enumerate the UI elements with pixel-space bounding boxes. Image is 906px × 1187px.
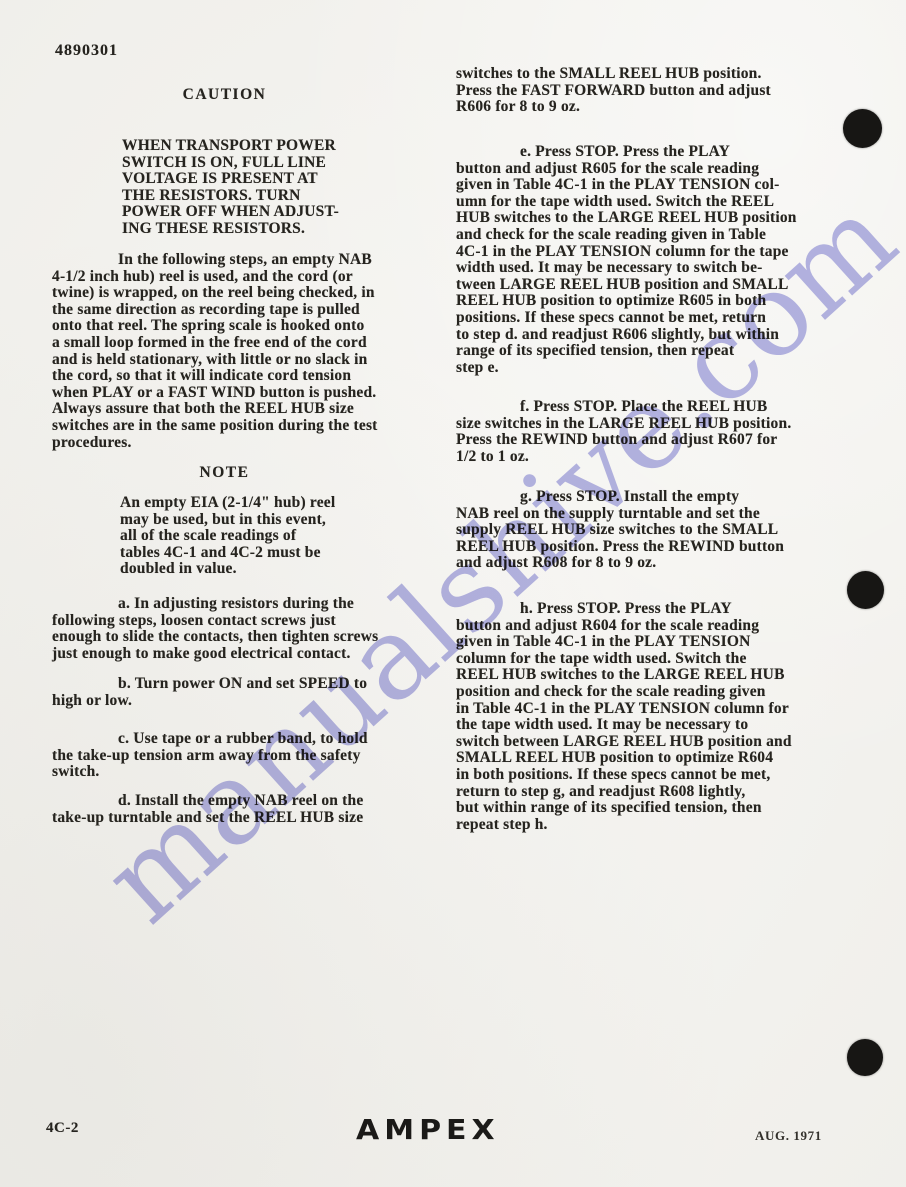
note-body: An empty EIA (2-1/4" hub) reel may be us… bbox=[120, 495, 430, 578]
note-heading: NOTE bbox=[52, 464, 397, 482]
continuation-paragraph: switches to the SMALL REEL HUB position.… bbox=[456, 66, 856, 116]
intro-paragraph: In the following steps, an empty NAB 4-1… bbox=[52, 252, 456, 451]
document-number: 4890301 bbox=[55, 42, 118, 60]
caution-heading: CAUTION bbox=[52, 86, 397, 104]
step-f-paragraph: f. Press STOP. Place the REEL HUB size s… bbox=[456, 399, 856, 465]
step-d-paragraph: d. Install the empty NAB reel on the tak… bbox=[52, 793, 456, 826]
binding-dot-middle bbox=[847, 571, 884, 609]
page-number: 4C-2 bbox=[46, 1120, 79, 1137]
caution-body: WHEN TRANSPORT POWER SWITCH IS ON, FULL … bbox=[122, 138, 422, 238]
footer-date: AUG. 1971 bbox=[755, 1128, 822, 1144]
binding-dot-bottom bbox=[847, 1039, 883, 1076]
step-b-paragraph: b. Turn power ON and set SPEED to high o… bbox=[52, 676, 456, 709]
step-h-paragraph: h. Press STOP. Press the PLAY button and… bbox=[456, 601, 856, 833]
step-e-paragraph: e. Press STOP. Press the PLAY button and… bbox=[456, 144, 856, 376]
step-c-paragraph: c. Use tape or a rubber band, to hold th… bbox=[52, 731, 456, 781]
step-a-paragraph: a. In adjusting resistors during the fol… bbox=[52, 596, 456, 662]
binding-dot-top bbox=[843, 109, 882, 148]
step-g-paragraph: g. Press STOP. Install the empty NAB ree… bbox=[456, 489, 856, 572]
ampex-logo: AMPEX bbox=[356, 1114, 500, 1146]
